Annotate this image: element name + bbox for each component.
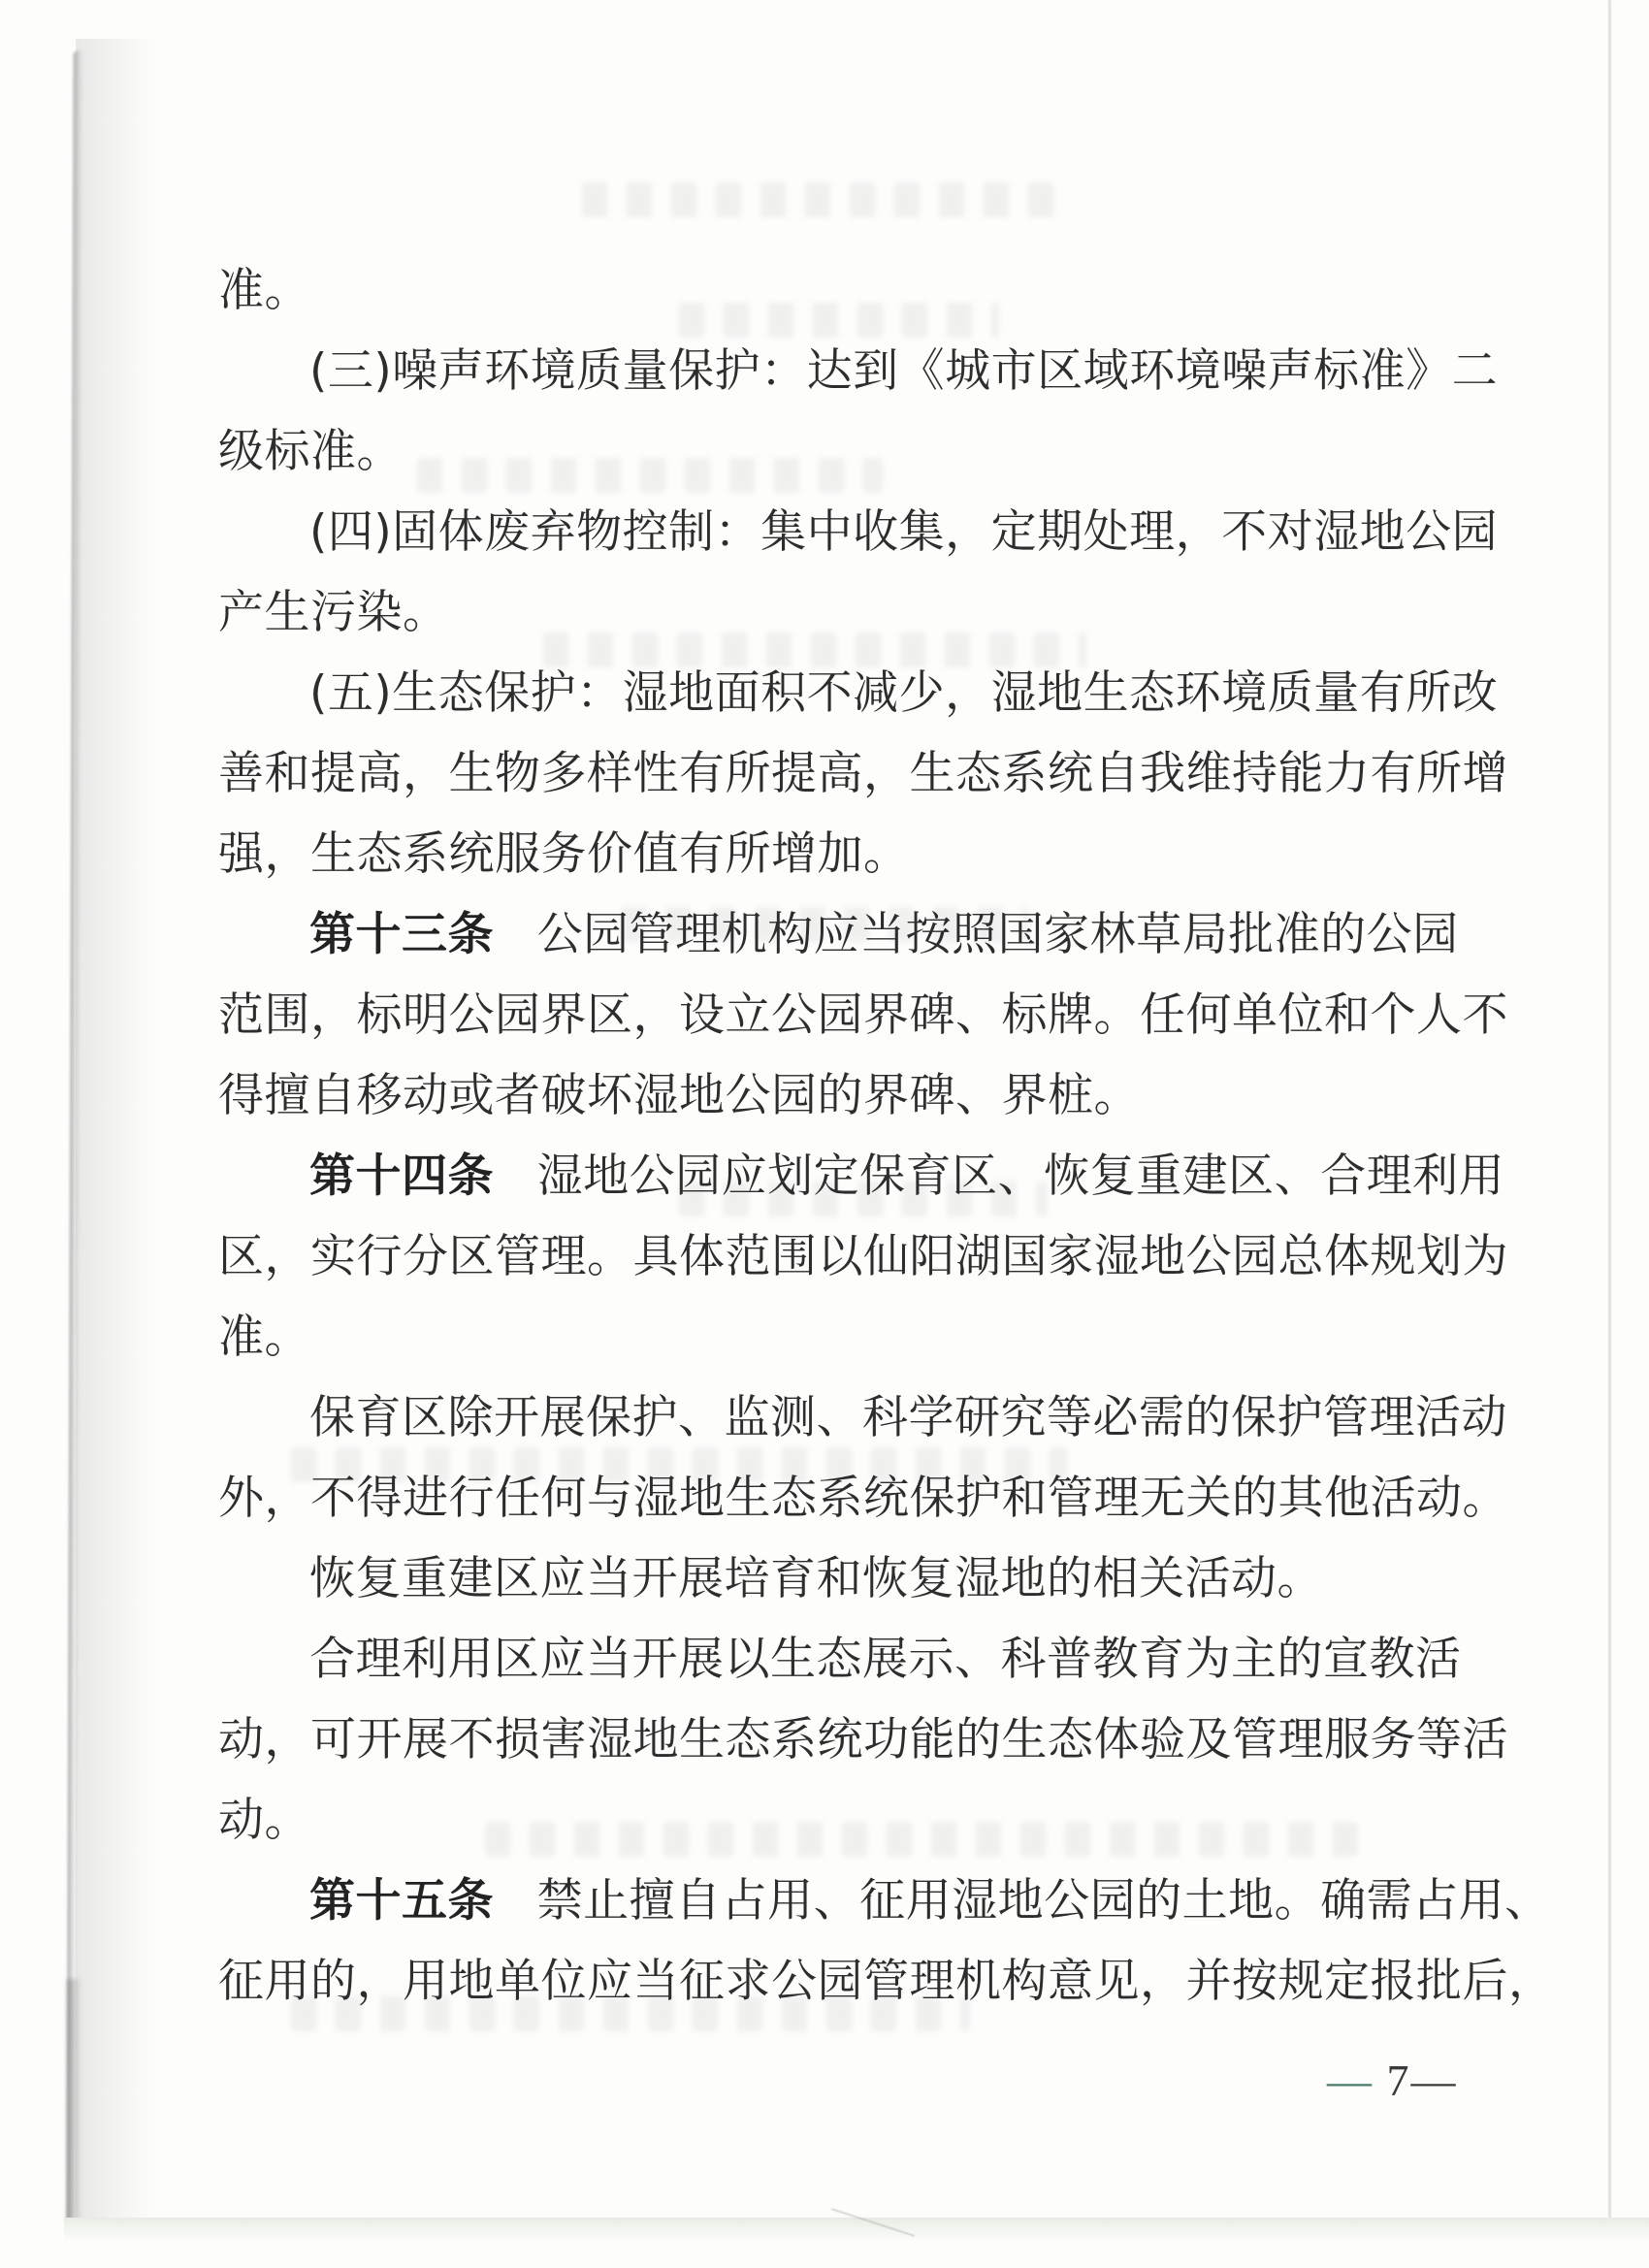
text-line: 区，实行分区管理。具体范围以仙阳湖国家湿地公园总体规划为 [218,1216,1470,1297]
line-text: 公园管理机构应当按照国家林草局批准的公园 [537,908,1459,961]
line-text: 善和提高，生物多样性有所提高，生态系统自我维持能力有所增 [218,747,1508,800]
article-number: 第十五条 [309,1874,494,1928]
line-text: 合理利用区应当开展以生态展示、科普教育为主的宣教活 [309,1633,1462,1686]
text-line: 动。 [218,1780,1470,1861]
left-paper-edge-line-bottom [67,1979,82,2221]
line-text: 动。 [218,1794,310,1847]
page-number-dash-right: — [1411,2056,1458,2105]
text-line: 第十五条禁止擅自占用、征用湿地公园的土地。确需占用、 [218,1861,1470,1941]
line-text: 强，生态系统服务价值有所增加。 [218,827,910,881]
line-text: 外，不得进行任何与湿地生态系统保护和管理无关的其他活动。 [218,1472,1508,1525]
line-text: 恢复重建区应当开展培育和恢复湿地的相关活动。 [309,1552,1323,1605]
text-line: 外，不得进行任何与湿地生态系统保护和管理无关的其他活动。 [218,1458,1470,1539]
text-line: 征用的，用地单位应当征求公园管理机构意见，并按规定报批后， [218,1941,1470,2022]
line-text: 产生污染。 [218,586,449,639]
line-text: 范围，标明公园界区，设立公园界碑、标牌。任何单位和个人不 [218,988,1508,1042]
text-line: 范围，标明公园界区，设立公园界碑、标牌。任何单位和个人不 [218,975,1470,1055]
text-line: 善和提高，生物多样性有所提高，生态系统自我维持能力有所增 [218,733,1470,814]
line-text: 准。 [218,264,310,317]
line-text: 准。 [218,1311,310,1364]
text-line: 级标准。 [218,411,1470,492]
line-text: 级标准。 [218,425,403,478]
line-text: 区，实行分区管理。具体范围以仙阳湖国家湿地公园总体规划为 [218,1230,1508,1283]
text-line: 准。 [218,1297,1470,1377]
line-text: (三)噪声环境质量保护：达到《城市区域环境噪声标准》二 [309,344,1498,398]
line-text: 得擅自移动或者破坏湿地公园的界碑、界桩。 [218,1069,1140,1122]
text-line: 准。 [218,250,1470,331]
text-line: 得擅自移动或者破坏湿地公园的界碑、界桩。 [218,1055,1470,1136]
text-line: (五)生态保护：湿地面积不减少，湿地生态环境质量有所改 [218,653,1470,733]
text-line: (四)固体废弃物控制：集中收集，定期处理，不对湿地公园 [218,492,1470,572]
page-number-value: 7 [1374,2056,1411,2105]
article-number: 第十四条 [309,1150,494,1203]
text-line: 第十四条湿地公园应划定保育区、恢复重建区、合理利用 [218,1136,1470,1216]
text-line: 保育区除开展保护、监测、科学研究等必需的保护管理活动 [218,1377,1470,1458]
page-number: — 7— [1327,2055,1458,2106]
line-text: 征用的，用地单位应当征求公园管理机构意见，并按规定报批后， [218,1955,1555,2008]
document-text-block: 准。(三)噪声环境质量保护：达到《城市区域环境噪声标准》二级标准。(四)固体废弃… [218,250,1470,2022]
text-line: 恢复重建区应当开展培育和恢复湿地的相关活动。 [218,1539,1470,1619]
line-text: (四)固体废弃物控制：集中收集，定期处理，不对湿地公园 [309,505,1498,559]
text-line: 第十三条公园管理机构应当按照国家林草局批准的公园 [218,894,1470,975]
right-paper-edge-line [1608,0,1611,2223]
scanned-document-page: 准。(三)噪声环境质量保护：达到《城市区域环境噪声标准》二级标准。(四)固体废弃… [0,0,1649,2268]
line-text: (五)生态保护：湿地面积不减少，湿地生态环境质量有所改 [309,666,1498,720]
line-text: 湿地公园应划定保育区、恢复重建区、合理利用 [537,1150,1505,1203]
left-paper-edge-shadow [76,39,153,2229]
text-line: (三)噪声环境质量保护：达到《城市区域环境噪声标准》二 [218,331,1470,411]
page-number-dash-left: — [1327,2056,1374,2105]
line-text: 禁止擅自占用、征用湿地公园的土地。确需占用、 [537,1874,1551,1928]
line-text: 动，可开展不损害湿地生态系统功能的生态体验及管理服务等活 [218,1713,1508,1766]
text-line: 产生污染。 [218,572,1470,653]
bottom-paper-edge [64,2218,1649,2245]
text-line: 合理利用区应当开展以生态展示、科普教育为主的宣教活 [218,1619,1470,1700]
line-text: 保育区除开展保护、监测、科学研究等必需的保护管理活动 [309,1391,1507,1444]
text-line: 动，可开展不损害湿地生态系统功能的生态体验及管理服务等活 [218,1700,1470,1780]
text-line: 强，生态系统服务价值有所增加。 [218,814,1470,894]
bleed-through-smudge [582,182,1067,217]
article-number: 第十三条 [309,908,494,961]
